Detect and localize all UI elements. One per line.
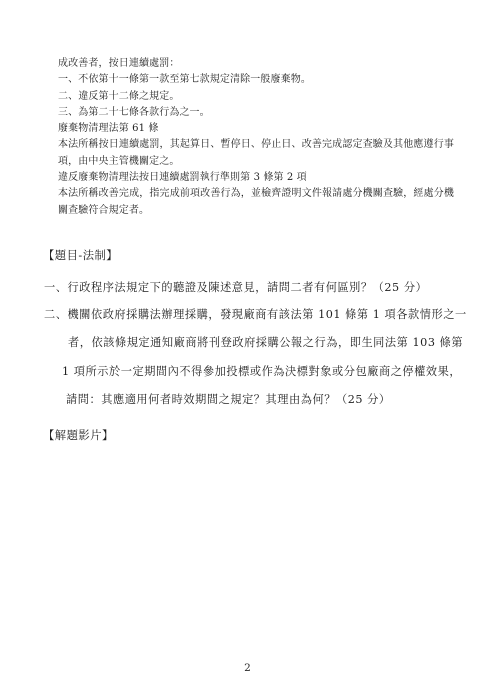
statute-citation-line: 違反廢棄物清理法按日連續處罰執行準則第 3 條第 2 項	[58, 170, 454, 186]
text-line: 三、為第二十七條各款行為之一。	[58, 105, 454, 121]
question-2-line: 請問：其應適用何者時效期間之規定？其理由為何？（25 分）	[44, 394, 467, 406]
question-2: 二、機關依政府採購法辦理採購，發現廠商有該法第 101 條第 1 項各款情形之一…	[44, 309, 467, 423]
question-1: 一、行政程序法規定下的聽證及陳述意見，請問二者有何區別？（25 分）	[44, 279, 427, 295]
text-line: 本法所稱改善完成，指完成前項改善行為，並檢齊證明文件報請處分機關查驗，經處分機	[58, 186, 454, 202]
text-line: 二、違反第十二條之規定。	[58, 89, 454, 105]
question-2-line: 1 項所示於一定期間內不得參加投標或作為決標對象或分包廠商之停權效果，	[44, 366, 467, 378]
text-line: 一、不依第十一條第一款至第七款規定清除一般廢棄物。	[58, 72, 454, 88]
text-line: 本法所稱按日連續處罰，其起算日、暫停日、停止日、改善完成認定查驗及其他應遵行事	[58, 137, 454, 153]
question-2-line: 者，依該條規定通知廠商將刊登政府採購公報之行為，即生同法第 103 條第	[44, 337, 467, 349]
topic-section-header: 【題目-法制】	[43, 247, 118, 263]
text-line: 關查驗符合規定者。	[58, 203, 454, 219]
video-section-header: 【解題影片】	[43, 427, 114, 443]
page-number: 2	[0, 662, 495, 674]
text-line: 成改善者，按日連續處罰：	[58, 56, 454, 72]
statute-continuation-paragraph: 成改善者，按日連續處罰： 一、不依第十一條第一款至第七款規定清除一般廢棄物。 二…	[58, 56, 454, 219]
text-line: 項，由中央主管機關定之。	[58, 154, 454, 170]
statute-citation-line: 廢棄物清理法第 61 條	[58, 121, 454, 137]
document-page: 成改善者，按日連續處罰： 一、不依第十一條第一款至第七款規定清除一般廢棄物。 二…	[0, 0, 495, 700]
question-2-line: 二、機關依政府採購法辦理採購，發現廠商有該法第 101 條第 1 項各款情形之一	[44, 309, 467, 321]
